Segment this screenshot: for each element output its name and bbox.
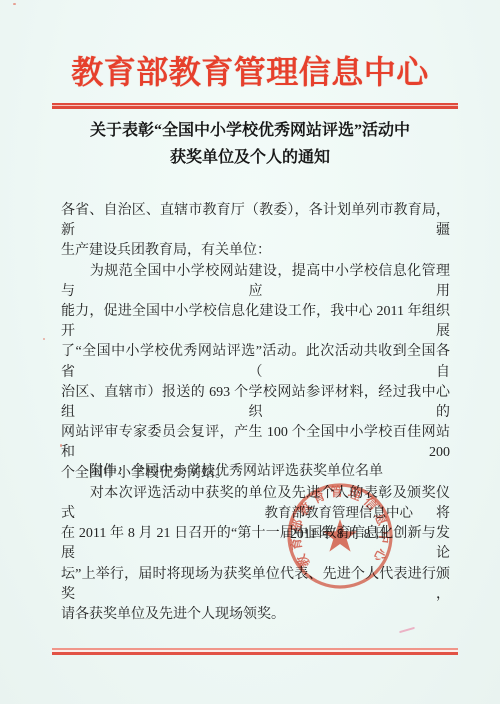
- body-text-line: 生产建设兵团教育局，有关单位：: [61, 241, 450, 261]
- scan-speckle: [43, 338, 45, 340]
- body-text-line: 为规范全国中小学校网站建设，提高中小学校信息化管理与应用: [61, 262, 450, 302]
- attachment-line: 附件：全国中小学校优秀网站评选获奖单位名单: [61, 462, 450, 482]
- body-text-line: 治区、直辖市）报送的 693 个学校网站参评材料，经过我中心组织的: [61, 383, 450, 423]
- body-text-line: 了“全国中小学校优秀网站评选”活动。此次活动共收到全国各省（自: [61, 342, 450, 382]
- footer-divider-line: [52, 648, 458, 655]
- issuing-org-title: 教育部教育管理信息中心: [0, 52, 500, 92]
- header-divider-line: [52, 103, 458, 109]
- scan-pen-mark: [399, 627, 415, 633]
- seal-star-icon: [323, 519, 357, 552]
- scan-speckle: [60, 444, 62, 447]
- body-text-line: 各省、自治区、直辖市教育厅（教委），各计划单列市教育局，新疆: [61, 201, 450, 241]
- document-title-line2: 获奖单位及个人的通知: [0, 144, 500, 171]
- body-text-line: 网站评审专家委员会复评，产生 100 个全国中小学校百佳网站和 200: [61, 423, 450, 463]
- body-text-line: 能力，促进全国中小学校信息化建设工作，我中心 2011 年组织开展: [61, 302, 450, 342]
- scan-speckle: [13, 3, 16, 5]
- body-text-line: 请各获奖单位及先进个人现场领奖。: [61, 605, 450, 625]
- official-seal-stamp: 教育部教育管理信息中心: [283, 481, 399, 593]
- document-title: 关于表彰“全国中小学校优秀网站评选”活动中 获奖单位及个人的通知: [0, 117, 500, 171]
- document-page: 教育部教育管理信息中心 关于表彰“全国中小学校优秀网站评选”活动中 获奖单位及个…: [0, 0, 500, 704]
- document-title-line1: 关于表彰“全国中小学校优秀网站评选”活动中: [0, 117, 500, 144]
